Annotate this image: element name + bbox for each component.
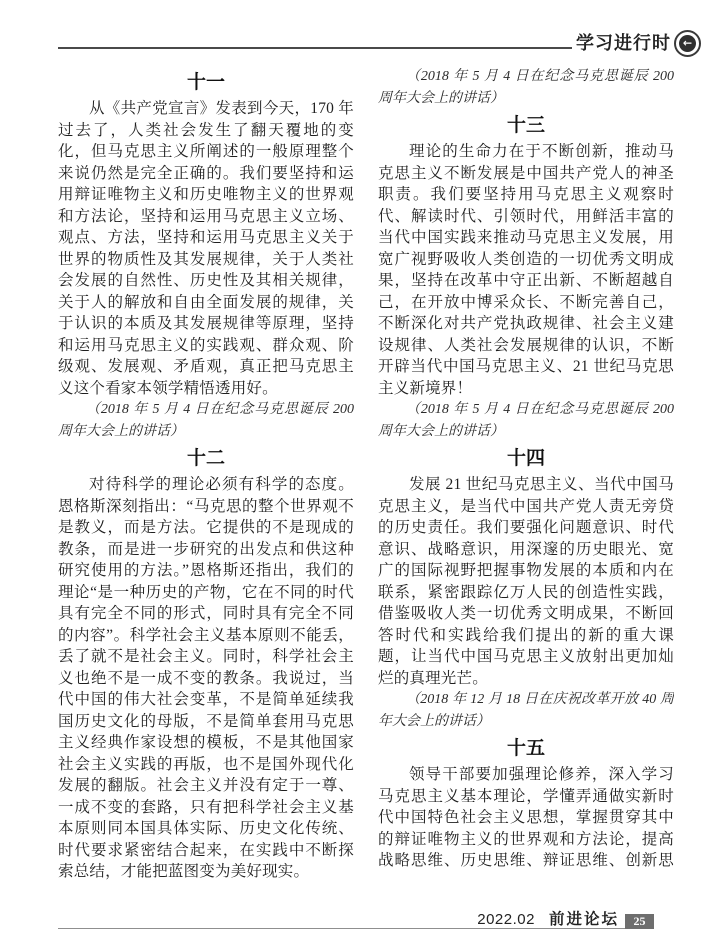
section-title: 十二 — [58, 448, 354, 470]
section-citation: （2018 年 5 月 4 日在纪念马克思诞辰 200 周年大会上的讲话） — [58, 399, 354, 442]
journal-page: 学习进行时 ← 十一 从《共产党宣言》发表到今天，170 年过去了，人类社会发生… — [0, 0, 715, 950]
section-paragraph: 发展 21 世纪马克思主义、当代中国马克思主义，是当代中国共产党人责无旁贷的历史… — [378, 474, 674, 689]
footer-issue: 2022.02 — [477, 911, 535, 928]
section-paragraph: 对待科学的理论必须有科学的态度。恩格斯深刻指出：“马克思的整个世界观不是教义，而… — [58, 474, 354, 883]
footer: 2022.02 前进论坛 — [0, 907, 625, 929]
footer-rule — [58, 928, 625, 929]
section-eleven: 十一 从《共产党宣言》发表到今天，170 年过去了，人类社会发生了翻天覆地的变化… — [58, 72, 354, 442]
page-number-badge: 25 — [625, 914, 654, 929]
section-paragraph: 从《共产党宣言》发表到今天，170 年过去了，人类社会发生了翻天覆地的变化，但马… — [58, 98, 354, 399]
article-columns: 十一 从《共产党宣言》发表到今天，170 年过去了，人类社会发生了翻天覆地的变化… — [58, 66, 674, 892]
page-number: 25 — [634, 914, 646, 929]
page-header-title: 学习进行时 — [576, 29, 671, 55]
back-arrow-circle-icon: ← — [674, 30, 701, 57]
section-title: 十三 — [378, 115, 674, 137]
section-fourteen: 十四 发展 21 世纪马克思主义、当代中国马克思主义，是当代中国共产党人责无旁贷… — [378, 448, 674, 732]
section-paragraph: 理论的生命力在于不断创新，推动马克思主义不断发展是中国共产党人的神圣职责。我们要… — [378, 141, 674, 399]
header-rule — [58, 47, 572, 49]
section-citation: （2018 年 12 月 18 日在庆祝改革开放 40 周年大会上的讲话） — [378, 689, 674, 732]
section-citation: （2018 年 5 月 4 日在纪念马克思诞辰 200 周年大会上的讲话） — [378, 399, 674, 442]
section-title: 十五 — [378, 738, 674, 760]
section-thirteen: 十三 理论的生命力在于不断创新，推动马克思主义不断发展是中国共产党人的神圣职责。… — [378, 115, 674, 442]
logo-disc: ← — [679, 35, 696, 52]
section-title: 十四 — [378, 448, 674, 470]
section-citation: （2018 年 5 月 4 日在纪念马克思诞辰 200 周年大会上的讲话） — [378, 66, 674, 109]
left-arrow-glyph: ← — [683, 38, 692, 49]
footer-journal-name: 前进论坛 — [549, 907, 625, 929]
section-title: 十一 — [58, 72, 354, 94]
